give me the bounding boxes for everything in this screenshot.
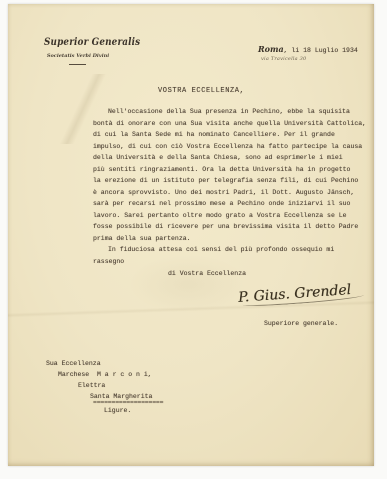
body-line: impulso, di cui con ciò Vostra Eccellenz… — [93, 141, 371, 153]
letterhead-org-name: Superior Generalis — [44, 37, 140, 48]
recipient-line-name: Marchese M a r c o n i, — [58, 371, 152, 378]
recipient-line-province: Ligure. — [104, 407, 131, 414]
letterhead-street-address: via Travicella 30 — [261, 56, 306, 62]
body-line: è ancora sprovvisto. Uno dei mostri Padr… — [93, 187, 371, 199]
body-line: fosse possibile di ricevere per una brev… — [93, 221, 371, 233]
body-line: la erezione di un istituto per telegrafi… — [93, 175, 371, 187]
dateline: Roma , li 18 Luglio 1934 — [258, 44, 358, 54]
body-line: lavoro. Sarei pertanto oltre modo grato … — [93, 210, 371, 222]
signature-title: Superiore generale. — [264, 320, 338, 327]
body-line: In fiduciosa attesa coi sensi del più pr… — [93, 244, 371, 256]
body-line: sarà per recarsi nel prossimo mese a Pec… — [93, 198, 371, 210]
body-line: bontà di onorare con una Sua visita anch… — [93, 118, 371, 130]
letterhead-rule — [69, 64, 86, 65]
recipient-underline: =================== — [93, 399, 163, 406]
letter-body: Nell'occasione della Sua presenza in Pec… — [93, 106, 371, 267]
letter-paper: Superior Generalis Societatis Verbi Divi… — [8, 4, 374, 466]
letter-scan: Superior Generalis Societatis Verbi Divi… — [0, 0, 387, 479]
body-line: rassegno — [93, 256, 371, 268]
dateline-city: Roma — [258, 44, 284, 54]
handwritten-signature: P. Gius. Grendel — [238, 280, 379, 306]
recipient-line-honorific: Sua Eccellenza — [46, 360, 101, 367]
body-line: di cui la Santa Sede mi ha nominato Canc… — [93, 129, 371, 141]
salutation: VOSTRA ECCELLENZA, — [158, 87, 244, 95]
dateline-date: , li 18 Luglio 1934 — [284, 47, 358, 54]
closing-line: di Vostra Eccellenza — [168, 270, 246, 277]
body-line: della Università e della Santa Chiesa, s… — [93, 152, 371, 164]
body-line: Nell'occasione della Sua presenza in Pec… — [93, 106, 371, 118]
body-line: più sentiti ringraziamenti. Ora la detta… — [93, 164, 371, 176]
body-line: prima della sua partenza. — [93, 233, 371, 245]
recipient-line-residence: Elettra — [78, 382, 105, 389]
letterhead-suborg-name: Societatis Verbi Divini — [44, 53, 112, 59]
